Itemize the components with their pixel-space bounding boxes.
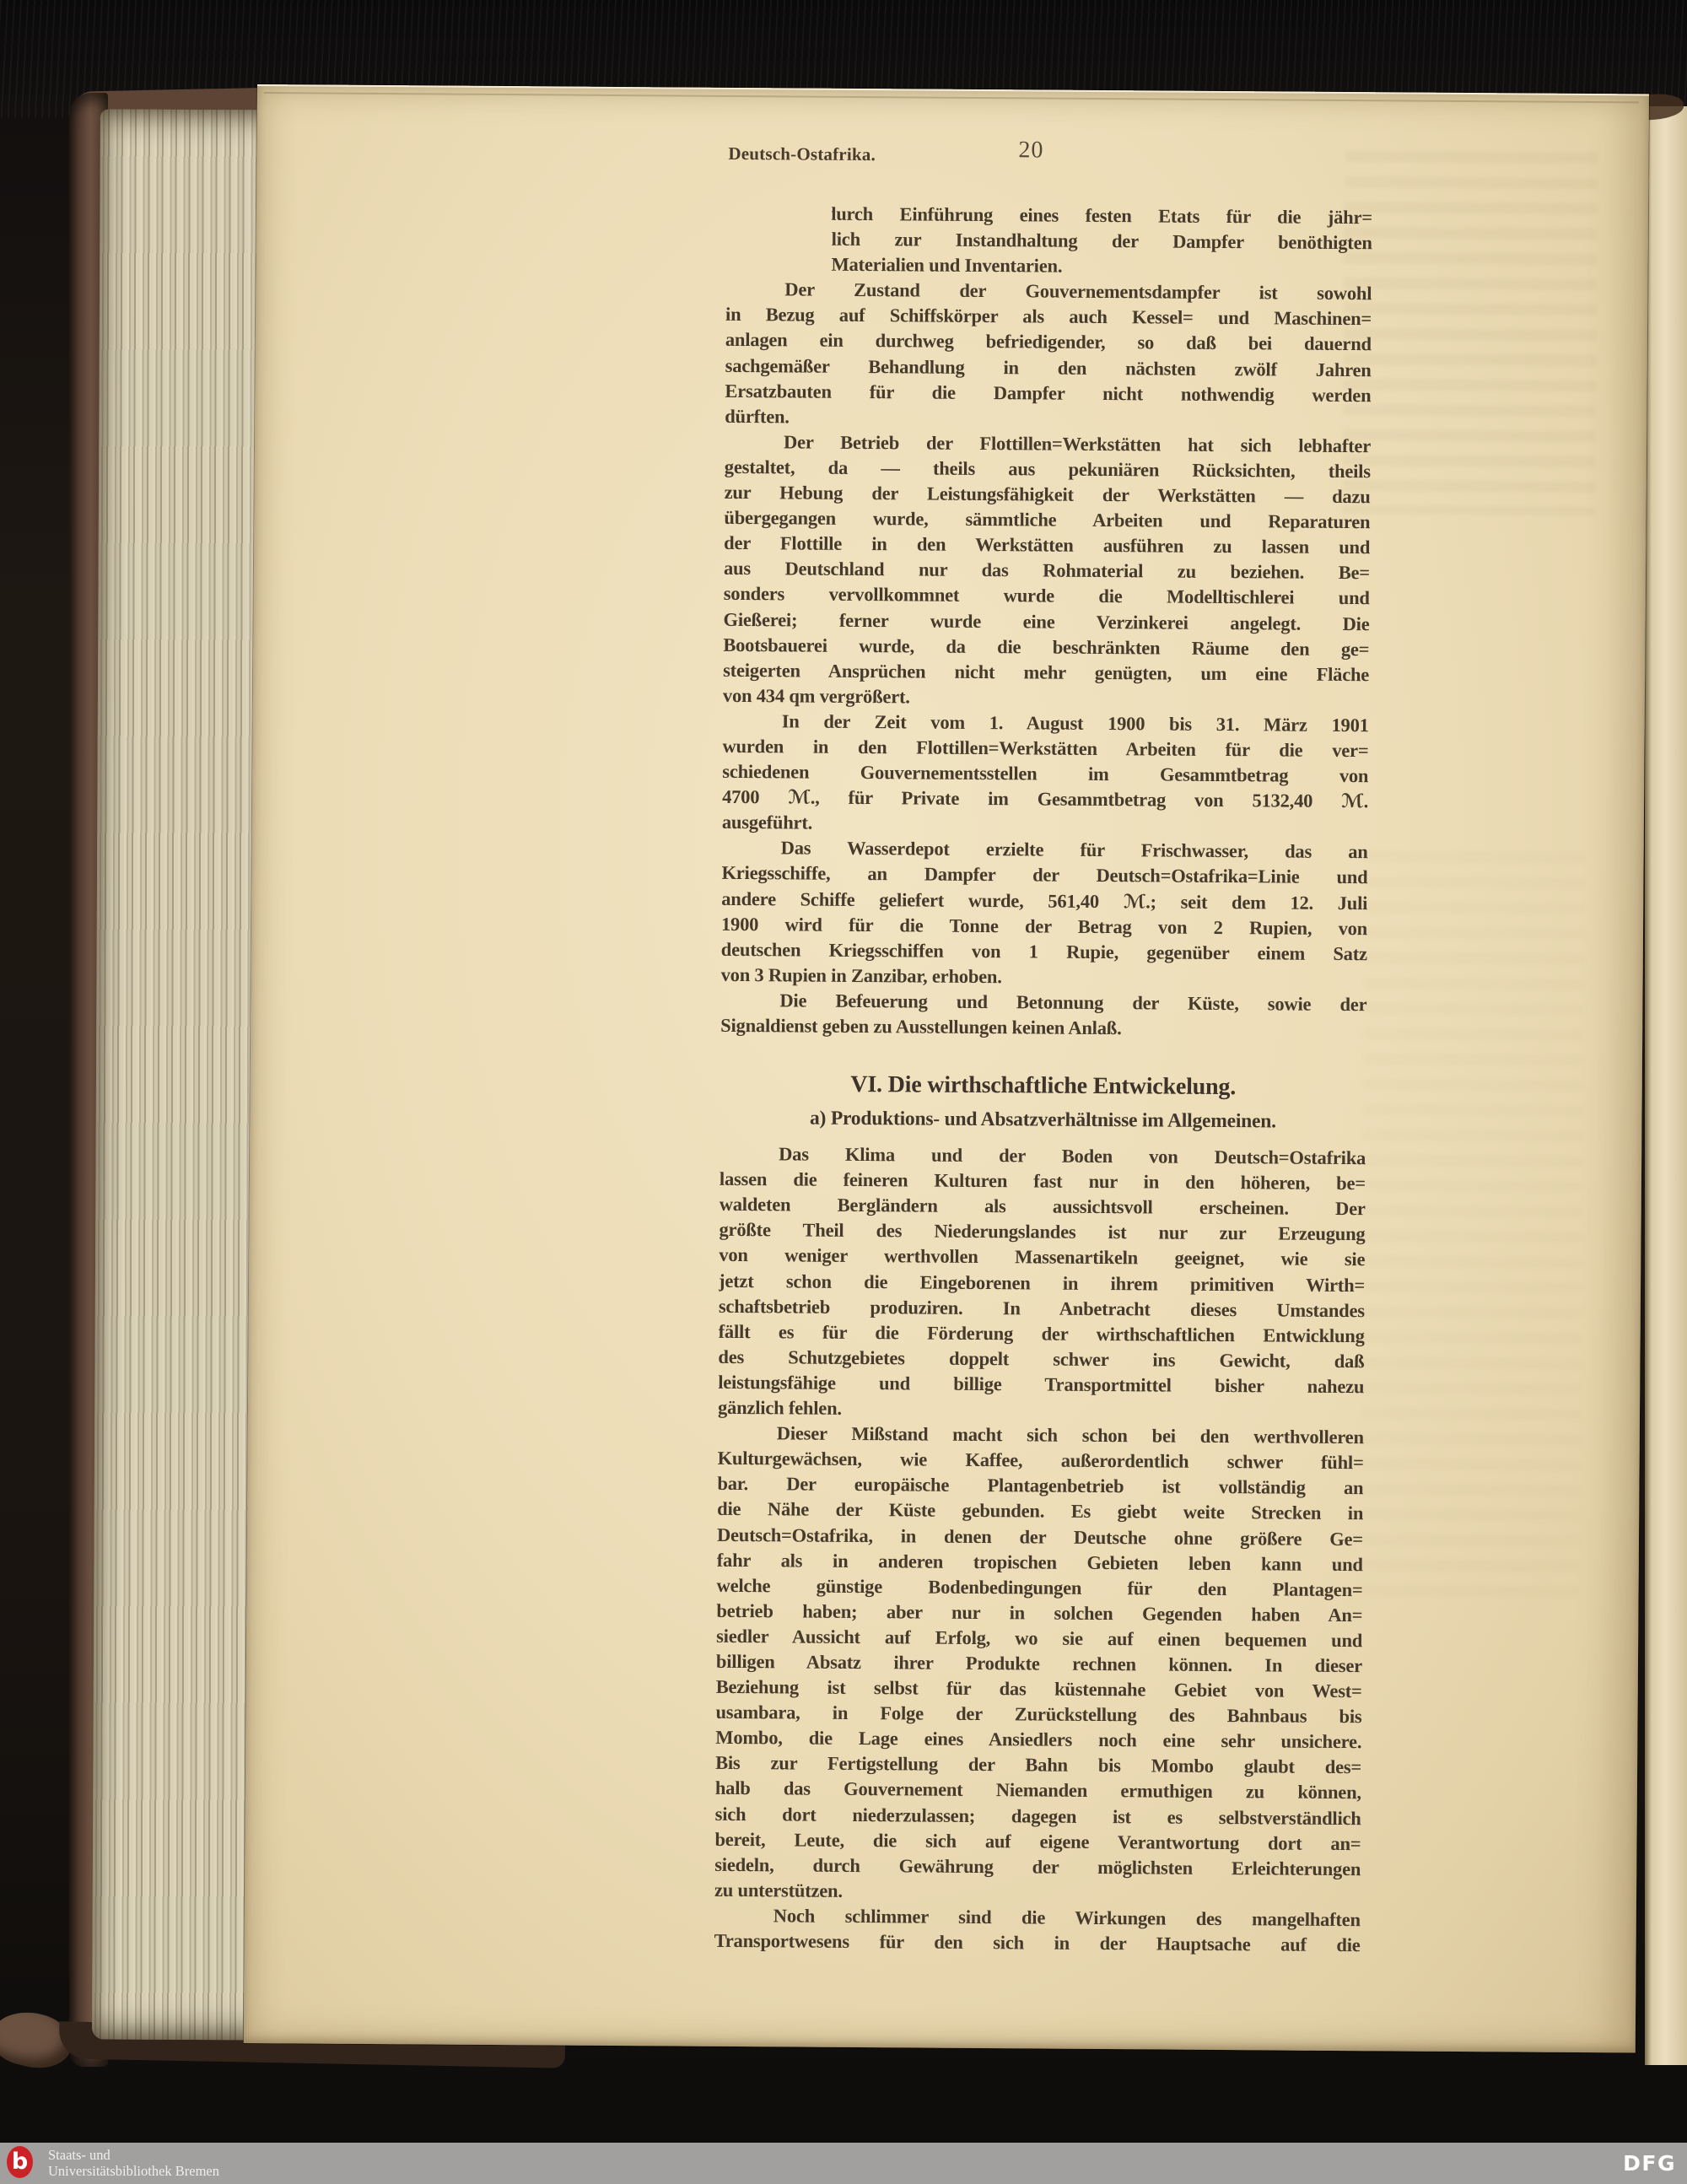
running-header: Deutsch-Ostafrika. 20 [726,135,1372,173]
text-line: Signaldienst geben zu Ausstellungen kein… [720,1013,1366,1043]
library-logo-letter: b [7,2149,33,2175]
text-line: Transportwesens für den sich in der Haup… [714,1928,1361,1958]
text-line: andere Schiffe geliefert wurde, 561,40 ℳ… [721,886,1367,915]
text-line: Deutsch=Ostafrika, in denen der Deutsche… [717,1522,1363,1551]
paragraph: Dieser Mißstand macht sich schon bei den… [714,1421,1364,1907]
book-page: Deutsch-Ostafrika. 20 3. durch Einführun… [244,84,1649,2052]
library-name-line1: Staats- und [48,2147,219,2163]
section-subheading: a) Produktions- und Absatzverhältnisse i… [720,1104,1366,1135]
text-line: Bootsbauerei wurde, da die beschränkten … [723,632,1369,661]
text-line: Gießerei; ferner wurde eine Verzinkerei … [723,607,1369,636]
text-line: von weniger werthvollen Massenartikeln g… [719,1243,1365,1272]
ink-bleedthrough [1360,851,1584,1612]
text-line: sonders vervollkommnet wurde die Modellt… [724,581,1370,611]
text-line: 3. durch Einführung eines festen Etats f… [832,202,1372,231]
dfg-logo: DFG [1623,2151,1676,2176]
text-line: Kriegsschiffe, an Dampfer der Deutsch=Os… [721,860,1367,890]
text-line: 4700 ℳ., für Private im Gesammtbetrag vo… [722,785,1368,814]
library-logo-icon: b [7,2146,33,2178]
adjacent-page-sliver [1645,106,1687,2065]
paragraph: Der Zustand der Gouvernementsdampfer ist… [725,277,1372,434]
library-name-line2: Universitätsbibliothek Bremen [48,2163,219,2179]
list-item: 3. durch Einführung eines festen Etats f… [831,202,1372,282]
library-name: Staats- und Universitätsbibliothek Breme… [48,2147,219,2179]
paragraph: Die Befeuerung und Betonnung der Küste, … [720,988,1366,1043]
ink-bleedthrough [1342,151,1598,515]
page-number: 20 [726,135,1335,166]
book-scan-scene: Deutsch-Ostafrika. 20 3. durch Einführun… [0,0,1687,2184]
text-line: sachgemäßer Behandlung in den nächsten z… [725,353,1372,382]
text-line: halb das Gouvernement Niemanden ermuthig… [715,1776,1361,1805]
text-line: jetzt schon die Eingeborenen in ihrem pr… [719,1268,1365,1297]
text-line: fahr als in anderen tropischen Gebieten … [717,1547,1363,1577]
text-line: Materialien und Inventarien. [831,252,1372,282]
text-line: 1900 wird für die Tonne der Betrag von 2… [721,911,1367,941]
text-line: sich dort niederzulassen; dagegen ist es… [715,1801,1361,1831]
text-line: bereit, Leute, die sich auf eigene Veran… [714,1826,1361,1856]
text-line: Ersatzbauten für die Dampfer nicht nothw… [725,379,1371,408]
library-footer-bar: b Staats- und Universitätsbibliothek Bre… [0,2143,1687,2184]
text-line: die Nähe der Küste gebunden. Es giebt we… [717,1496,1363,1526]
text-line: schaftsbetrieb produziren. In Anbetracht… [719,1294,1365,1324]
paragraph: Das Klima und der Boden von Deutsch=Osta… [718,1141,1366,1425]
section-heading: VI. Die wirthschaftliche Entwickelung. [720,1069,1366,1103]
paragraph: Noch schlimmer sind die Wirkungen des ma… [714,1903,1361,1959]
paragraph: In der Zeit vom 1. August 1900 bis 31. M… [722,709,1369,840]
text-line: lich zur Instandhaltung der Dampfer benö… [832,227,1372,256]
paragraph: Das Wasserdepot erzielte für Frischwasse… [721,835,1368,992]
text-line: anlagen ein durchweg befriedigender, so … [725,327,1372,357]
paragraph: Der Betrieb der Flottillen=Werkstätten h… [723,429,1371,713]
text-block: 3. durch Einführung eines festen Etats f… [714,201,1372,1958]
